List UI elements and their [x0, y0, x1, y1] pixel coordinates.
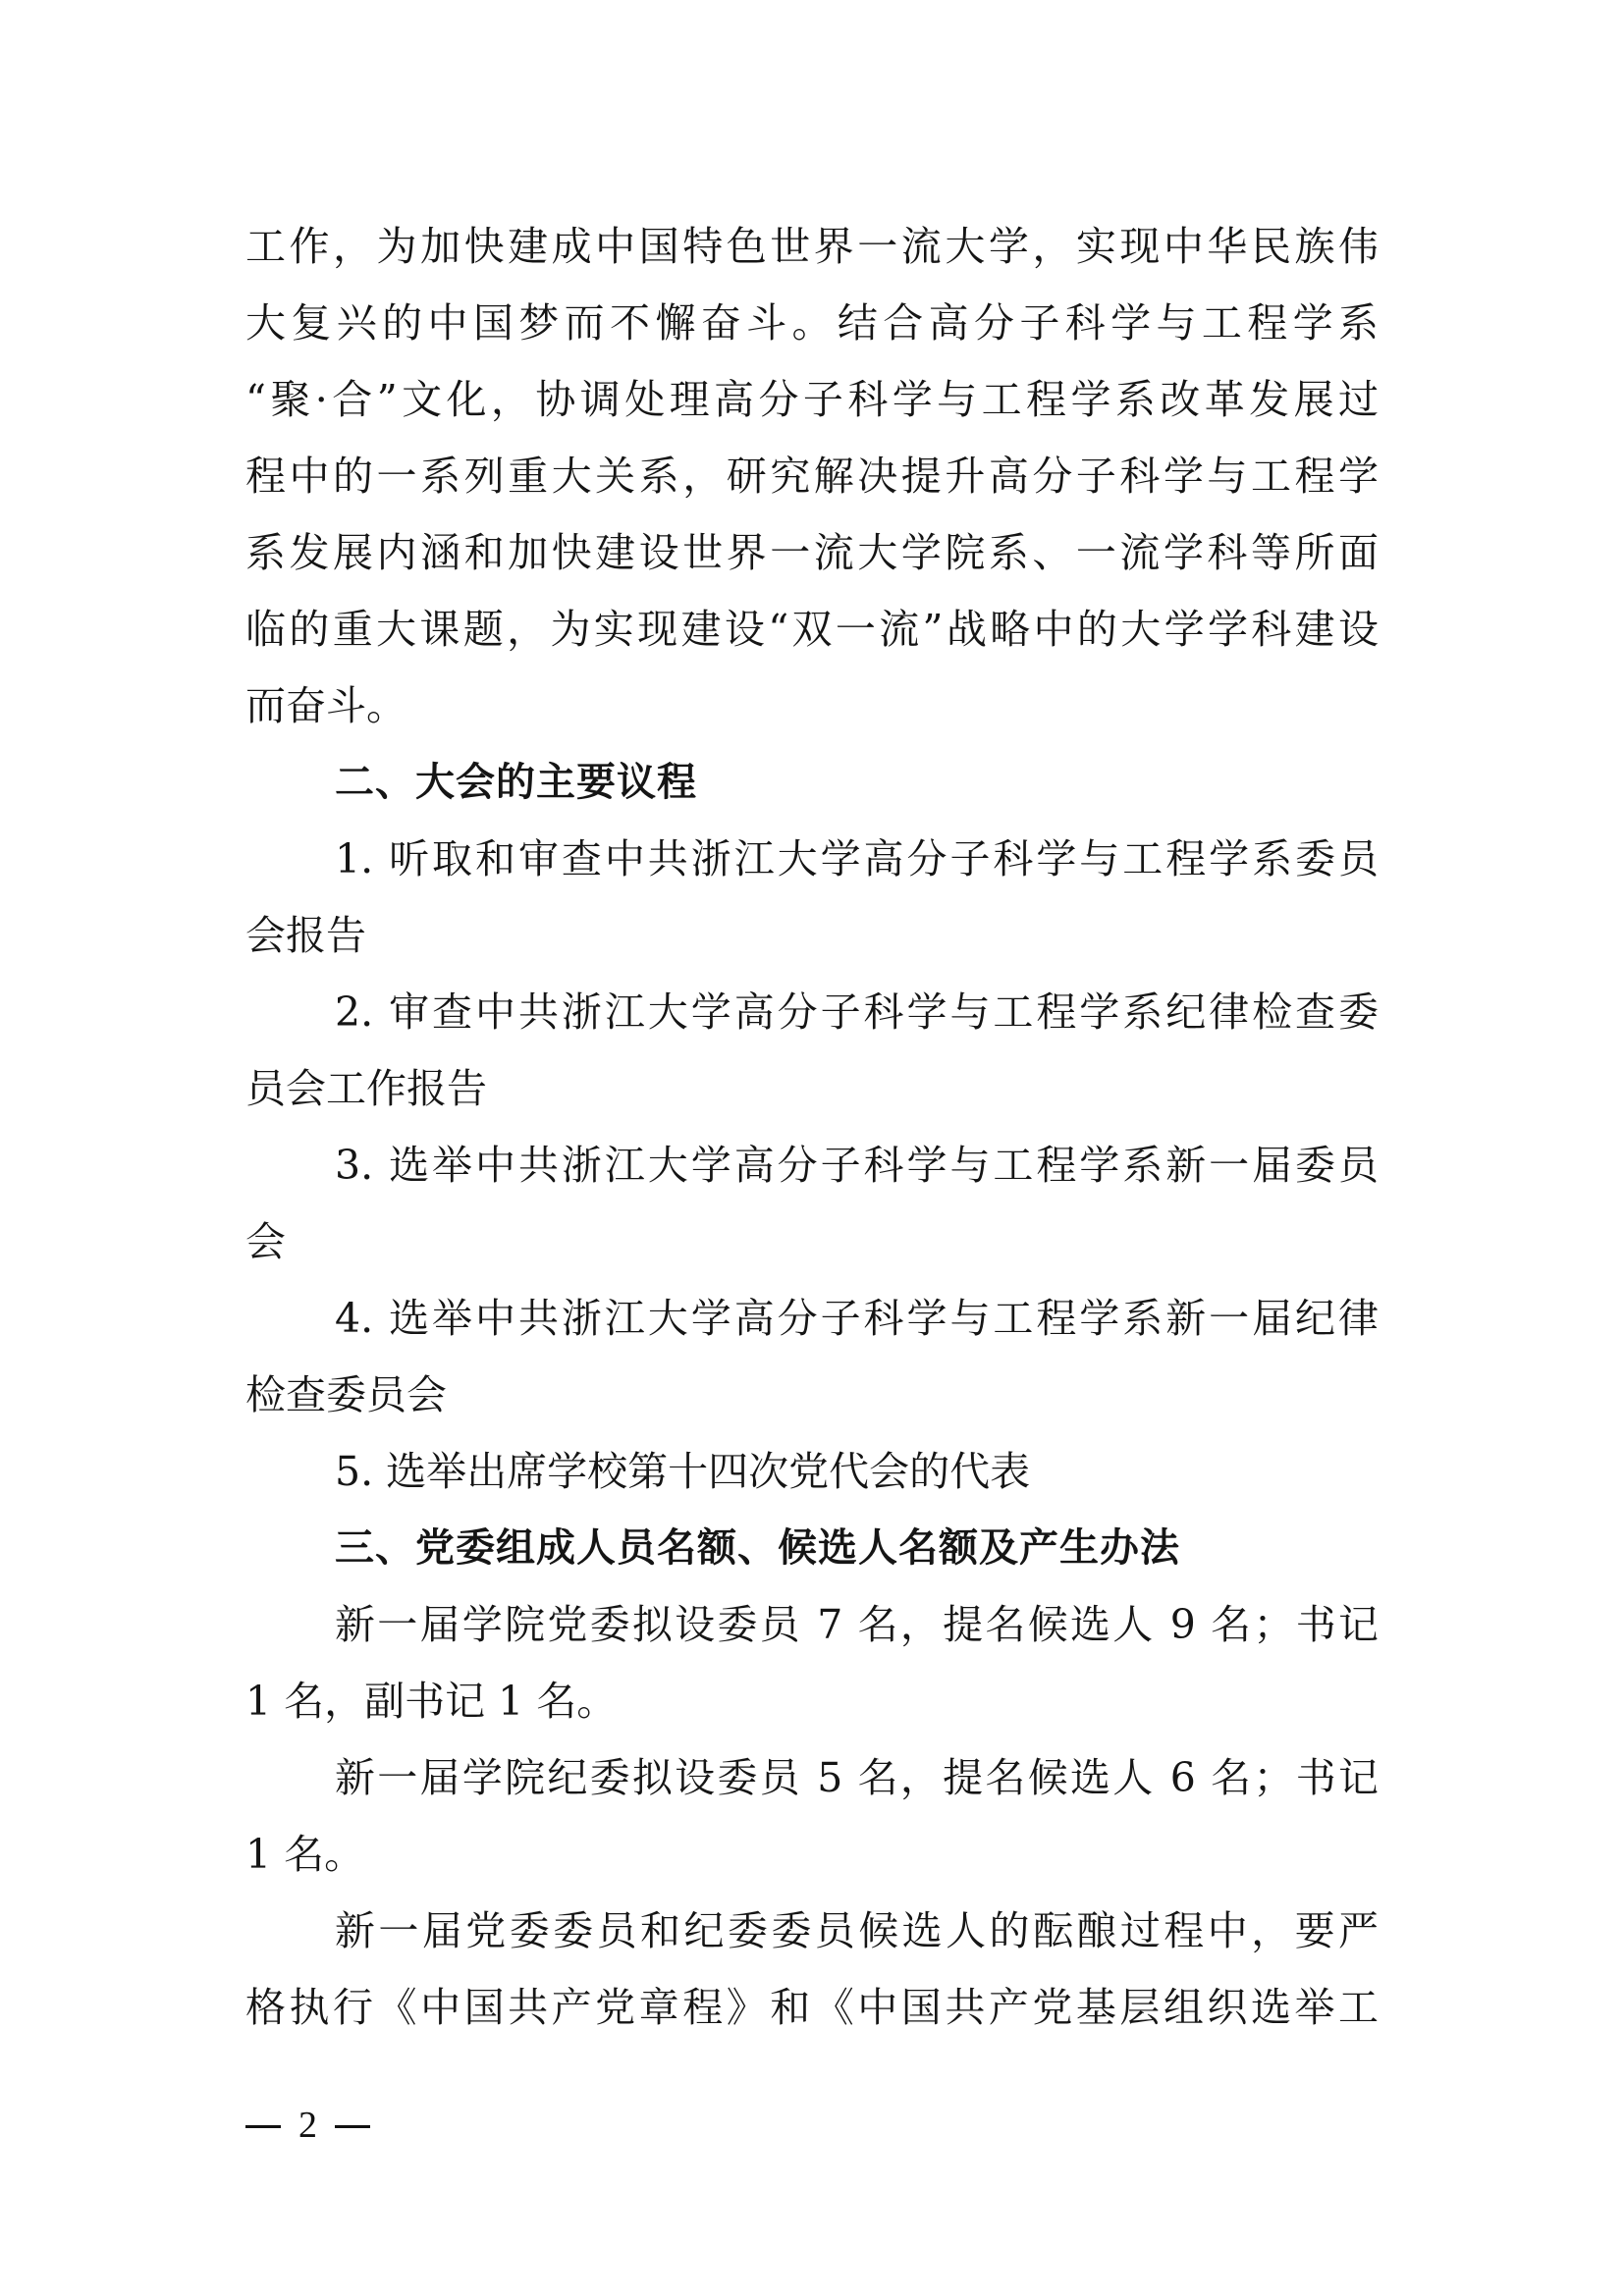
paragraph-line: 系发展内涵和加快建设世界一流大学院系、一流学科等所面 — [245, 514, 1379, 591]
agenda-item-3-cont: 会 — [245, 1203, 1379, 1280]
page-footer: 2 — [245, 2101, 370, 2150]
paragraph-candidate-process: 新一届党委委员和纪委委员候选人的酝酿过程中，要严 — [245, 1893, 1379, 1969]
paragraph-party-committee-cont: 1 名，副书记 1 名。 — [245, 1663, 1379, 1739]
agenda-item-3: 3. 选举中共浙江大学高分子科学与工程学系新一届委员 — [245, 1127, 1379, 1203]
agenda-item-1: 1. 听取和审查中共浙江大学高分子科学与工程学系委员 — [245, 821, 1379, 897]
paragraph-party-committee: 新一届学院党委拟设委员 7 名，提名候选人 9 名；书记 — [245, 1586, 1379, 1663]
body-text: 工作，为加快建成中国特色世界一流大学，实现中华民族伟 大复兴的中国梦而不懈奋斗。… — [245, 208, 1379, 2046]
paragraph-discipline-committee-cont: 1 名。 — [245, 1816, 1379, 1893]
paragraph-line: 而奋斗。 — [245, 667, 1379, 744]
page-number: 2 — [298, 2101, 317, 2150]
agenda-item-1-cont: 会报告 — [245, 897, 1379, 974]
agenda-item-5: 5. 选举出席学校第十四次党代会的代表 — [245, 1433, 1379, 1510]
paragraph-line: 程中的一系列重大关系，研究解决提升高分子科学与工程学 — [245, 438, 1379, 514]
agenda-item-2-cont: 员会工作报告 — [245, 1050, 1379, 1127]
agenda-item-4: 4. 选举中共浙江大学高分子科学与工程学系新一届纪律 — [245, 1280, 1379, 1357]
dash-left — [245, 2125, 281, 2128]
paragraph-discipline-committee: 新一届学院纪委拟设委员 5 名，提名候选人 6 名；书记 — [245, 1739, 1379, 1816]
paragraph-line: “聚·合”文化，协调处理高分子科学与工程学系改革发展过 — [245, 361, 1379, 438]
agenda-item-4-cont: 检查委员会 — [245, 1357, 1379, 1433]
agenda-item-2: 2. 审查中共浙江大学高分子科学与工程学系纪律检查委 — [245, 974, 1379, 1050]
paragraph-line: 大复兴的中国梦而不懈奋斗。结合高分子科学与工程学系 — [245, 285, 1379, 361]
section-heading-committee: 三、党委组成人员名额、候选人名额及产生办法 — [245, 1510, 1379, 1586]
paragraph-candidate-process-cont: 格执行《中国共产党章程》和《中国共产党基层组织选举工 — [245, 1969, 1379, 2046]
dash-right — [335, 2125, 370, 2128]
document-page: 工作，为加快建成中国特色世界一流大学，实现中华民族伟 大复兴的中国梦而不懈奋斗。… — [0, 0, 1624, 2296]
section-heading-agenda: 二、大会的主要议程 — [245, 744, 1379, 821]
paragraph-line: 临的重大课题，为实现建设“双一流”战略中的大学学科建设 — [245, 591, 1379, 667]
paragraph-line: 工作，为加快建成中国特色世界一流大学，实现中华民族伟 — [245, 208, 1379, 285]
